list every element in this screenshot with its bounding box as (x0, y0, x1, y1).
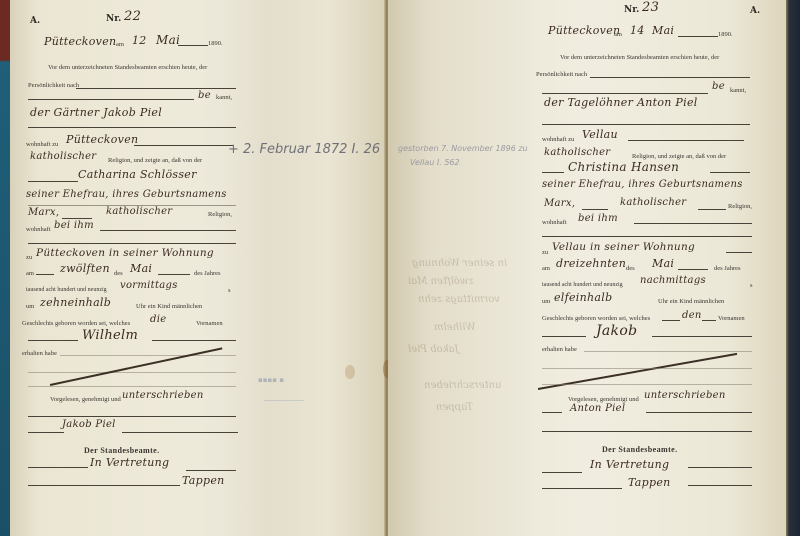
officer-deputy: In Vertretung (590, 458, 669, 471)
fill-line (542, 384, 752, 385)
child-given-name: Wilhelm (82, 328, 138, 343)
fill-line (710, 172, 750, 173)
fill-line (678, 269, 708, 270)
record-number: 23 (642, 0, 659, 15)
time-suffix: s (228, 287, 231, 294)
record-year: 1890. (718, 31, 733, 38)
fill-line (688, 467, 752, 468)
fill-line (542, 236, 752, 237)
series-letter: A. (750, 6, 760, 16)
officer-signature: Tappen (182, 474, 225, 487)
read-approved-hand: unterschrieben (644, 390, 726, 401)
fill-line (726, 252, 752, 253)
fill-line (134, 145, 234, 146)
mother-residence: bei ihm (54, 220, 94, 231)
book-cover-left-edge (0, 0, 10, 536)
time-of-day: vormittags (120, 280, 178, 291)
fill-line (152, 340, 236, 341)
religion-label: Religion, und zeigte an, daß von der (632, 153, 726, 160)
birth-day: zwölften (60, 262, 110, 275)
residence-label: wohnhaft zu (542, 136, 574, 143)
identity-suffix-print: kannt, (730, 87, 746, 94)
margin-note-death-line2: Vellau I. 562 (410, 158, 460, 167)
fill-line (158, 274, 190, 275)
intro-text: Vor dem unterzeichneten Standesbeamten e… (560, 54, 719, 61)
fill-line (698, 209, 726, 210)
fill-line (28, 386, 236, 387)
read-approved-label: Vorgelesen, genehmigt und (568, 396, 639, 403)
fill-line (688, 485, 752, 486)
fill-line (28, 243, 236, 244)
fill-line (28, 485, 180, 486)
received-label: erhalten habe (22, 350, 57, 357)
place: Pütteckoven (44, 35, 116, 48)
fill-line (28, 432, 64, 433)
record-month: Mai (156, 33, 180, 47)
birth-place: Vellau in seiner Wohnung (552, 241, 695, 253)
read-approved-hand: unterschrieben (122, 390, 204, 401)
hour-prefix: um (542, 298, 550, 305)
fill-line (62, 218, 92, 219)
am-label: am (116, 41, 124, 48)
margin-note-death-line1: gestorben 7. November 1896 zu (398, 144, 528, 153)
record-number-label: Nr. (624, 5, 639, 15)
fill-line (28, 372, 236, 373)
bleed-through-text: unterschrieben (424, 380, 501, 391)
fill-line (122, 432, 238, 433)
informant-religion: katholischer (544, 147, 610, 158)
fill-line (702, 320, 716, 321)
child-gender-line: Geschlechts geboren worden sei, welches (542, 315, 650, 322)
birth-place-prefix: zu (542, 249, 548, 256)
record-month: Mai (652, 24, 674, 37)
mother-residence-label: wohnhaft (542, 219, 567, 226)
fill-line (76, 88, 236, 89)
fill-line (542, 488, 622, 489)
informant-religion: katholischer (30, 151, 96, 162)
record-number-label: Nr. (106, 14, 121, 24)
relation-text: seiner Ehefrau, ihres Geburtsnamens (542, 179, 743, 190)
birth-month: Mai (652, 257, 674, 270)
cancel-stroke (50, 347, 222, 385)
child-given-name: Jakob (596, 323, 637, 339)
record-year: 1890. (208, 40, 223, 47)
child-sex-label: Uhr ein Kind männlichen (136, 303, 202, 310)
informant-signature: Anton Piel (570, 403, 625, 414)
birth-year-label: des Jahres (714, 265, 741, 272)
residence-label: wohnhaft zu (26, 141, 58, 148)
fill-line (28, 416, 236, 417)
given-names-label: Vornamen (718, 315, 745, 322)
fill-line (542, 124, 750, 125)
time-suffix: s (750, 282, 753, 289)
mother-name: Christina Hansen (568, 160, 679, 174)
bleed-through-text: vormittags zehn (418, 294, 500, 305)
fill-line (28, 127, 236, 128)
fill-line (186, 470, 236, 471)
mother-residence: bei ihm (578, 213, 618, 224)
birth-year-label: des Jahres (194, 270, 221, 277)
faint-stamp-line (264, 400, 304, 401)
time-of-day: nachmittags (640, 275, 706, 286)
fill-line (590, 77, 750, 78)
mother-religion: katholischer (106, 206, 172, 217)
relation-text: seiner Ehefrau, ihres Geburtsnamens (26, 189, 227, 200)
received-label: erhalten habe (542, 346, 577, 353)
officer-heading: Der Standesbeamte. (84, 446, 160, 455)
birth-place-prefix: zu (26, 254, 32, 261)
intro-text: Vor dem unterzeichneten Standesbeamten e… (48, 64, 207, 71)
fill-line (628, 140, 744, 141)
identity-label: Persönlichkeit nach (28, 82, 79, 89)
officer-heading: Der Standesbeamte. (602, 445, 678, 454)
informant-name: der Tagelöhner Anton Piel (544, 96, 698, 109)
mother-maiden-name: Marx, (544, 198, 575, 209)
series-letter: A. (30, 16, 40, 26)
fill-line (634, 223, 752, 224)
fill-line (542, 431, 752, 432)
identity-label: Persönlichkeit nach (536, 71, 587, 78)
birth-place: Pütteckoven in seiner Wohnung (36, 247, 214, 259)
thousand-label: tausend acht hundert und neunzig (26, 287, 107, 293)
mother-maiden-name: Marx, (28, 207, 59, 218)
birth-month: Mai (130, 262, 152, 275)
birth-day-prefix: am (542, 265, 550, 272)
fill-line (542, 172, 564, 173)
thousand-label: tausend acht hundert und neunzig (542, 282, 623, 288)
hour-prefix: um (26, 303, 34, 310)
informant-signature: Jakob Piel (62, 419, 116, 430)
identity-suffix-hand: be (712, 81, 725, 92)
fill-line (542, 412, 562, 413)
child-sex-label: Uhr ein Kind männlichen (658, 298, 724, 305)
birth-day-prefix: am (26, 270, 34, 277)
informant-residence: Vellau (582, 128, 618, 141)
fill-line (36, 274, 54, 275)
officer-deputy: In Vertretung (90, 456, 169, 469)
fill-line (646, 412, 752, 413)
bleed-through-text: Tappen (436, 402, 473, 413)
fill-line (100, 230, 236, 231)
birth-hour: elfeinhalb (554, 291, 612, 304)
birth-hour: zehneinhalb (40, 296, 111, 309)
record-number: 22 (124, 9, 141, 24)
fill-line (28, 467, 88, 468)
fill-line (582, 209, 608, 210)
fill-line (178, 45, 208, 46)
fill-line (542, 336, 586, 337)
birth-month-prefix: des (114, 270, 123, 277)
child-gender-line: Geschlechts geboren worden sei, welches (22, 320, 130, 327)
margin-note-death: + 2. Februar 1872 I. 26 (228, 142, 380, 157)
book-cover-right-edge (786, 0, 800, 536)
right-page-record-23: in seiner Wohnung zwölften Mai vormittag… (388, 0, 786, 536)
read-approved-label: Vorgelesen, genehmigt und (50, 396, 121, 403)
paper-stain (345, 365, 355, 379)
light-glare (190, 0, 386, 536)
record-day: 12 (132, 34, 147, 47)
bleed-through-text: in seiner Wohnung (412, 258, 507, 269)
informant-name: der Gärtner Jakob Piel (30, 106, 162, 119)
fill-line (652, 336, 752, 337)
mother-religion: katholischer (620, 197, 686, 208)
child-name-article: die (150, 314, 166, 325)
fill-line (542, 93, 708, 94)
fill-line (542, 368, 752, 369)
fill-line (662, 320, 680, 321)
faint-stamp: ▪▪▪▪ ▪ (258, 376, 284, 384)
mother-residence-label: wohnhaft (26, 226, 51, 233)
religion-label: Religion, und zeigte an, daß von der (108, 157, 202, 164)
fill-line (60, 355, 236, 356)
record-day: 14 (630, 24, 645, 37)
child-name-article: den (682, 310, 702, 321)
fill-line (28, 99, 194, 100)
fill-line (28, 340, 78, 341)
mother-name: Catharina Schlösser (78, 168, 197, 181)
mother-religion-label: Religion, (728, 203, 752, 210)
officer-signature: Tappen (628, 476, 671, 489)
fill-line (28, 181, 78, 182)
bleed-through-text: zwölften Mai (408, 276, 474, 287)
mother-religion-label: Religion, (208, 211, 232, 218)
given-names-label: Vornamen (196, 320, 223, 327)
left-page-record-22: A. Nr. 22 Pütteckoven am 12 Mai 1890. Vo… (10, 0, 386, 536)
fill-line (584, 351, 752, 352)
fill-line (678, 36, 718, 37)
register-book: A. Nr. 22 Pütteckoven am 12 Mai 1890. Vo… (0, 0, 800, 536)
place: Pütteckoven (548, 24, 620, 37)
am-label: am (614, 31, 622, 38)
bleed-through-text: Jakob Piel (408, 344, 459, 355)
informant-residence: Pütteckoven (66, 133, 138, 146)
birth-month-prefix: des (626, 265, 635, 272)
identity-suffix-print: kannt, (216, 94, 232, 101)
fill-line (542, 472, 582, 473)
bleed-through-text: Wilhelm (434, 322, 476, 333)
identity-suffix-hand: be (198, 90, 211, 101)
birth-day: dreizehnten (556, 257, 626, 270)
